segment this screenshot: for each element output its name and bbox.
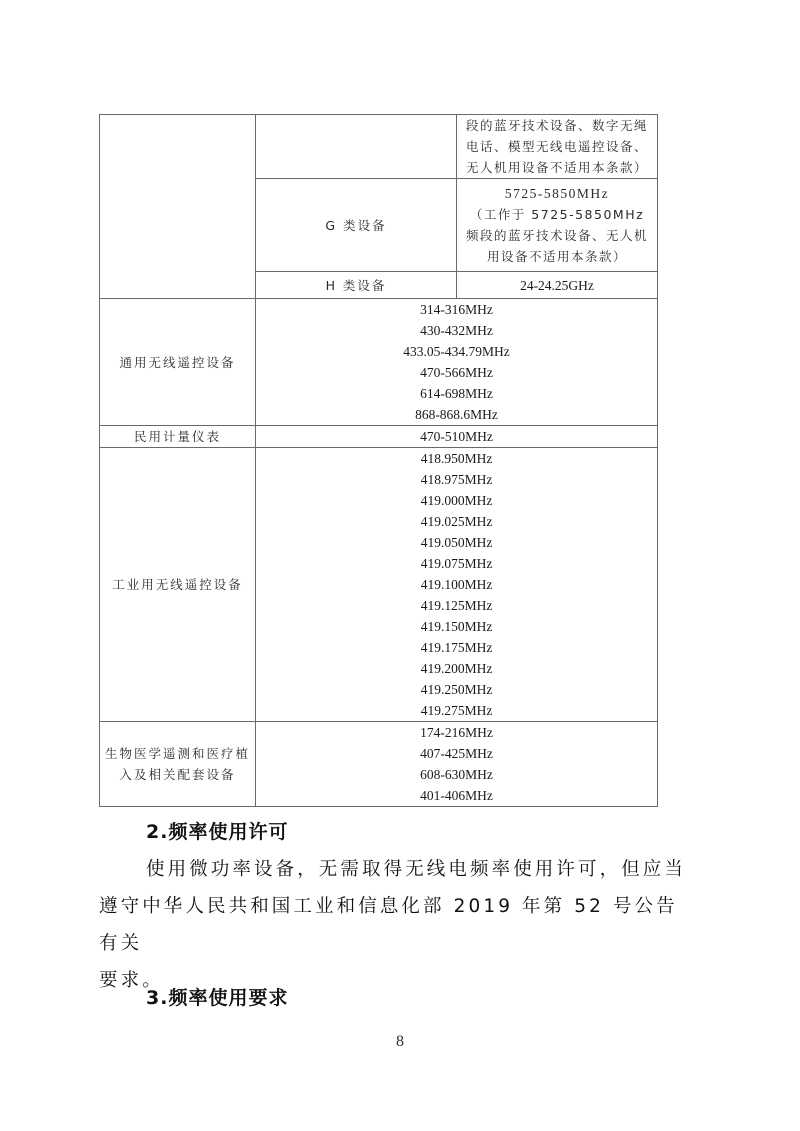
table-row: 工业用无线遥控设备 418.950MHz 418.975MHz 419.000M… — [100, 448, 658, 722]
note-line: （工作于 5725-5850MHz — [457, 204, 657, 225]
table-cell-frequencies: 314-316MHz 430-432MHz 433.05-434.79MHz 4… — [256, 299, 658, 426]
freq-value: 868-868.6MHz — [256, 404, 657, 425]
table-cell-frequencies: 174-216MHz 407-425MHz 608-630MHz 401-406… — [256, 722, 658, 807]
table-cell-category: 民用计量仪表 — [100, 426, 256, 448]
freq-value: 418.975MHz — [256, 469, 657, 490]
freq-value: 419.050MHz — [256, 532, 657, 553]
note-line: 用设备不适用本条款） — [457, 246, 657, 267]
category-line: 入及相关配套设备 — [100, 764, 255, 785]
freq-value: 418.950MHz — [256, 448, 657, 469]
freq-value: 419.100MHz — [256, 574, 657, 595]
freq-value: 419.275MHz — [256, 700, 657, 721]
freq-value: 419.250MHz — [256, 679, 657, 700]
freq-value: 419.000MHz — [256, 490, 657, 511]
freq-value: 419.125MHz — [256, 595, 657, 616]
page-number: 8 — [0, 1033, 800, 1051]
section-heading-frequency-requirements: 3.频率使用要求 — [146, 983, 288, 1010]
freq-value: 470-566MHz — [256, 362, 657, 383]
document-page: 段的蓝牙技术设备、数字无绳 电话、模型无线电遥控设备、 无人机用设备不适用本条款… — [0, 0, 800, 1131]
table-cell-subcategory-continued — [256, 115, 457, 179]
freq-value: 419.075MHz — [256, 553, 657, 574]
paragraph-line-text: 使用微功率设备，无需取得无线电频率使用许可，但应当 — [146, 859, 686, 880]
freq-value: 614-698MHz — [256, 383, 657, 404]
table-cell-frequencies: 418.950MHz 418.975MHz 419.000MHz 419.025… — [256, 448, 658, 722]
table-cell-category: 生物医学遥测和医疗植 入及相关配套设备 — [100, 722, 256, 807]
note-line: 电话、模型无线电遥控设备、 — [457, 136, 657, 157]
freq-value: 314-316MHz — [256, 299, 657, 320]
freq-value: 407-425MHz — [256, 743, 657, 764]
table-cell-category: 通用无线遥控设备 — [100, 299, 256, 426]
table-cell-g-class-label: G 类设备 — [256, 179, 457, 272]
freq-value: 419.175MHz — [256, 637, 657, 658]
freq-value: 608-630MHz — [256, 764, 657, 785]
section-heading-frequency-license: 2.频率使用许可 — [146, 817, 288, 844]
category-line: 生物医学遥测和医疗植 — [100, 743, 255, 764]
frequency-table: 段的蓝牙技术设备、数字无绳 电话、模型无线电遥控设备、 无人机用设备不适用本条款… — [99, 114, 658, 807]
freq-value: 419.200MHz — [256, 658, 657, 679]
paragraph-frequency-license: 使用微功率设备，无需取得无线电频率使用许可，但应当 遵守中华人民共和国工业和信息… — [99, 851, 694, 999]
table-cell-h-class-label: H 类设备 — [256, 272, 457, 299]
freq-value: 401-406MHz — [256, 785, 657, 806]
table-cell-frequencies: 470-510MHz — [256, 426, 658, 448]
table-row: 民用计量仪表 470-510MHz — [100, 426, 658, 448]
table-cell-h-class-freq: 24-24.25GHz — [457, 272, 658, 299]
freq-value: 5725-5850MHz — [457, 183, 657, 204]
note-line: 无人机用设备不适用本条款） — [457, 157, 657, 178]
note-line: 频段的蓝牙技术设备、无人机 — [457, 225, 657, 246]
freq-value: 419.025MHz — [256, 511, 657, 532]
table-cell-g-class-freq: 5725-5850MHz （工作于 5725-5850MHz 频段的蓝牙技术设备… — [457, 179, 658, 272]
note-line: 段的蓝牙技术设备、数字无绳 — [457, 115, 657, 136]
table-cell-category-continued — [100, 115, 256, 299]
freq-value: 419.150MHz — [256, 616, 657, 637]
freq-value: 430-432MHz — [256, 320, 657, 341]
table-cell-category: 工业用无线遥控设备 — [100, 448, 256, 722]
paragraph-line: 遵守中华人民共和国工业和信息化部 2019 年第 52 号公告有关 — [99, 888, 694, 962]
table-cell-note-continued: 段的蓝牙技术设备、数字无绳 电话、模型无线电遥控设备、 无人机用设备不适用本条款… — [457, 115, 658, 179]
table-row: 生物医学遥测和医疗植 入及相关配套设备 174-216MHz 407-425MH… — [100, 722, 658, 807]
table-row-continued: 段的蓝牙技术设备、数字无绳 电话、模型无线电遥控设备、 无人机用设备不适用本条款… — [100, 115, 658, 179]
table-row: 通用无线遥控设备 314-316MHz 430-432MHz 433.05-43… — [100, 299, 658, 426]
freq-value: 174-216MHz — [256, 722, 657, 743]
freq-value: 433.05-434.79MHz — [256, 341, 657, 362]
freq-value: 470-510MHz — [256, 426, 657, 447]
paragraph-line: 使用微功率设备，无需取得无线电频率使用许可，但应当 — [99, 851, 694, 888]
